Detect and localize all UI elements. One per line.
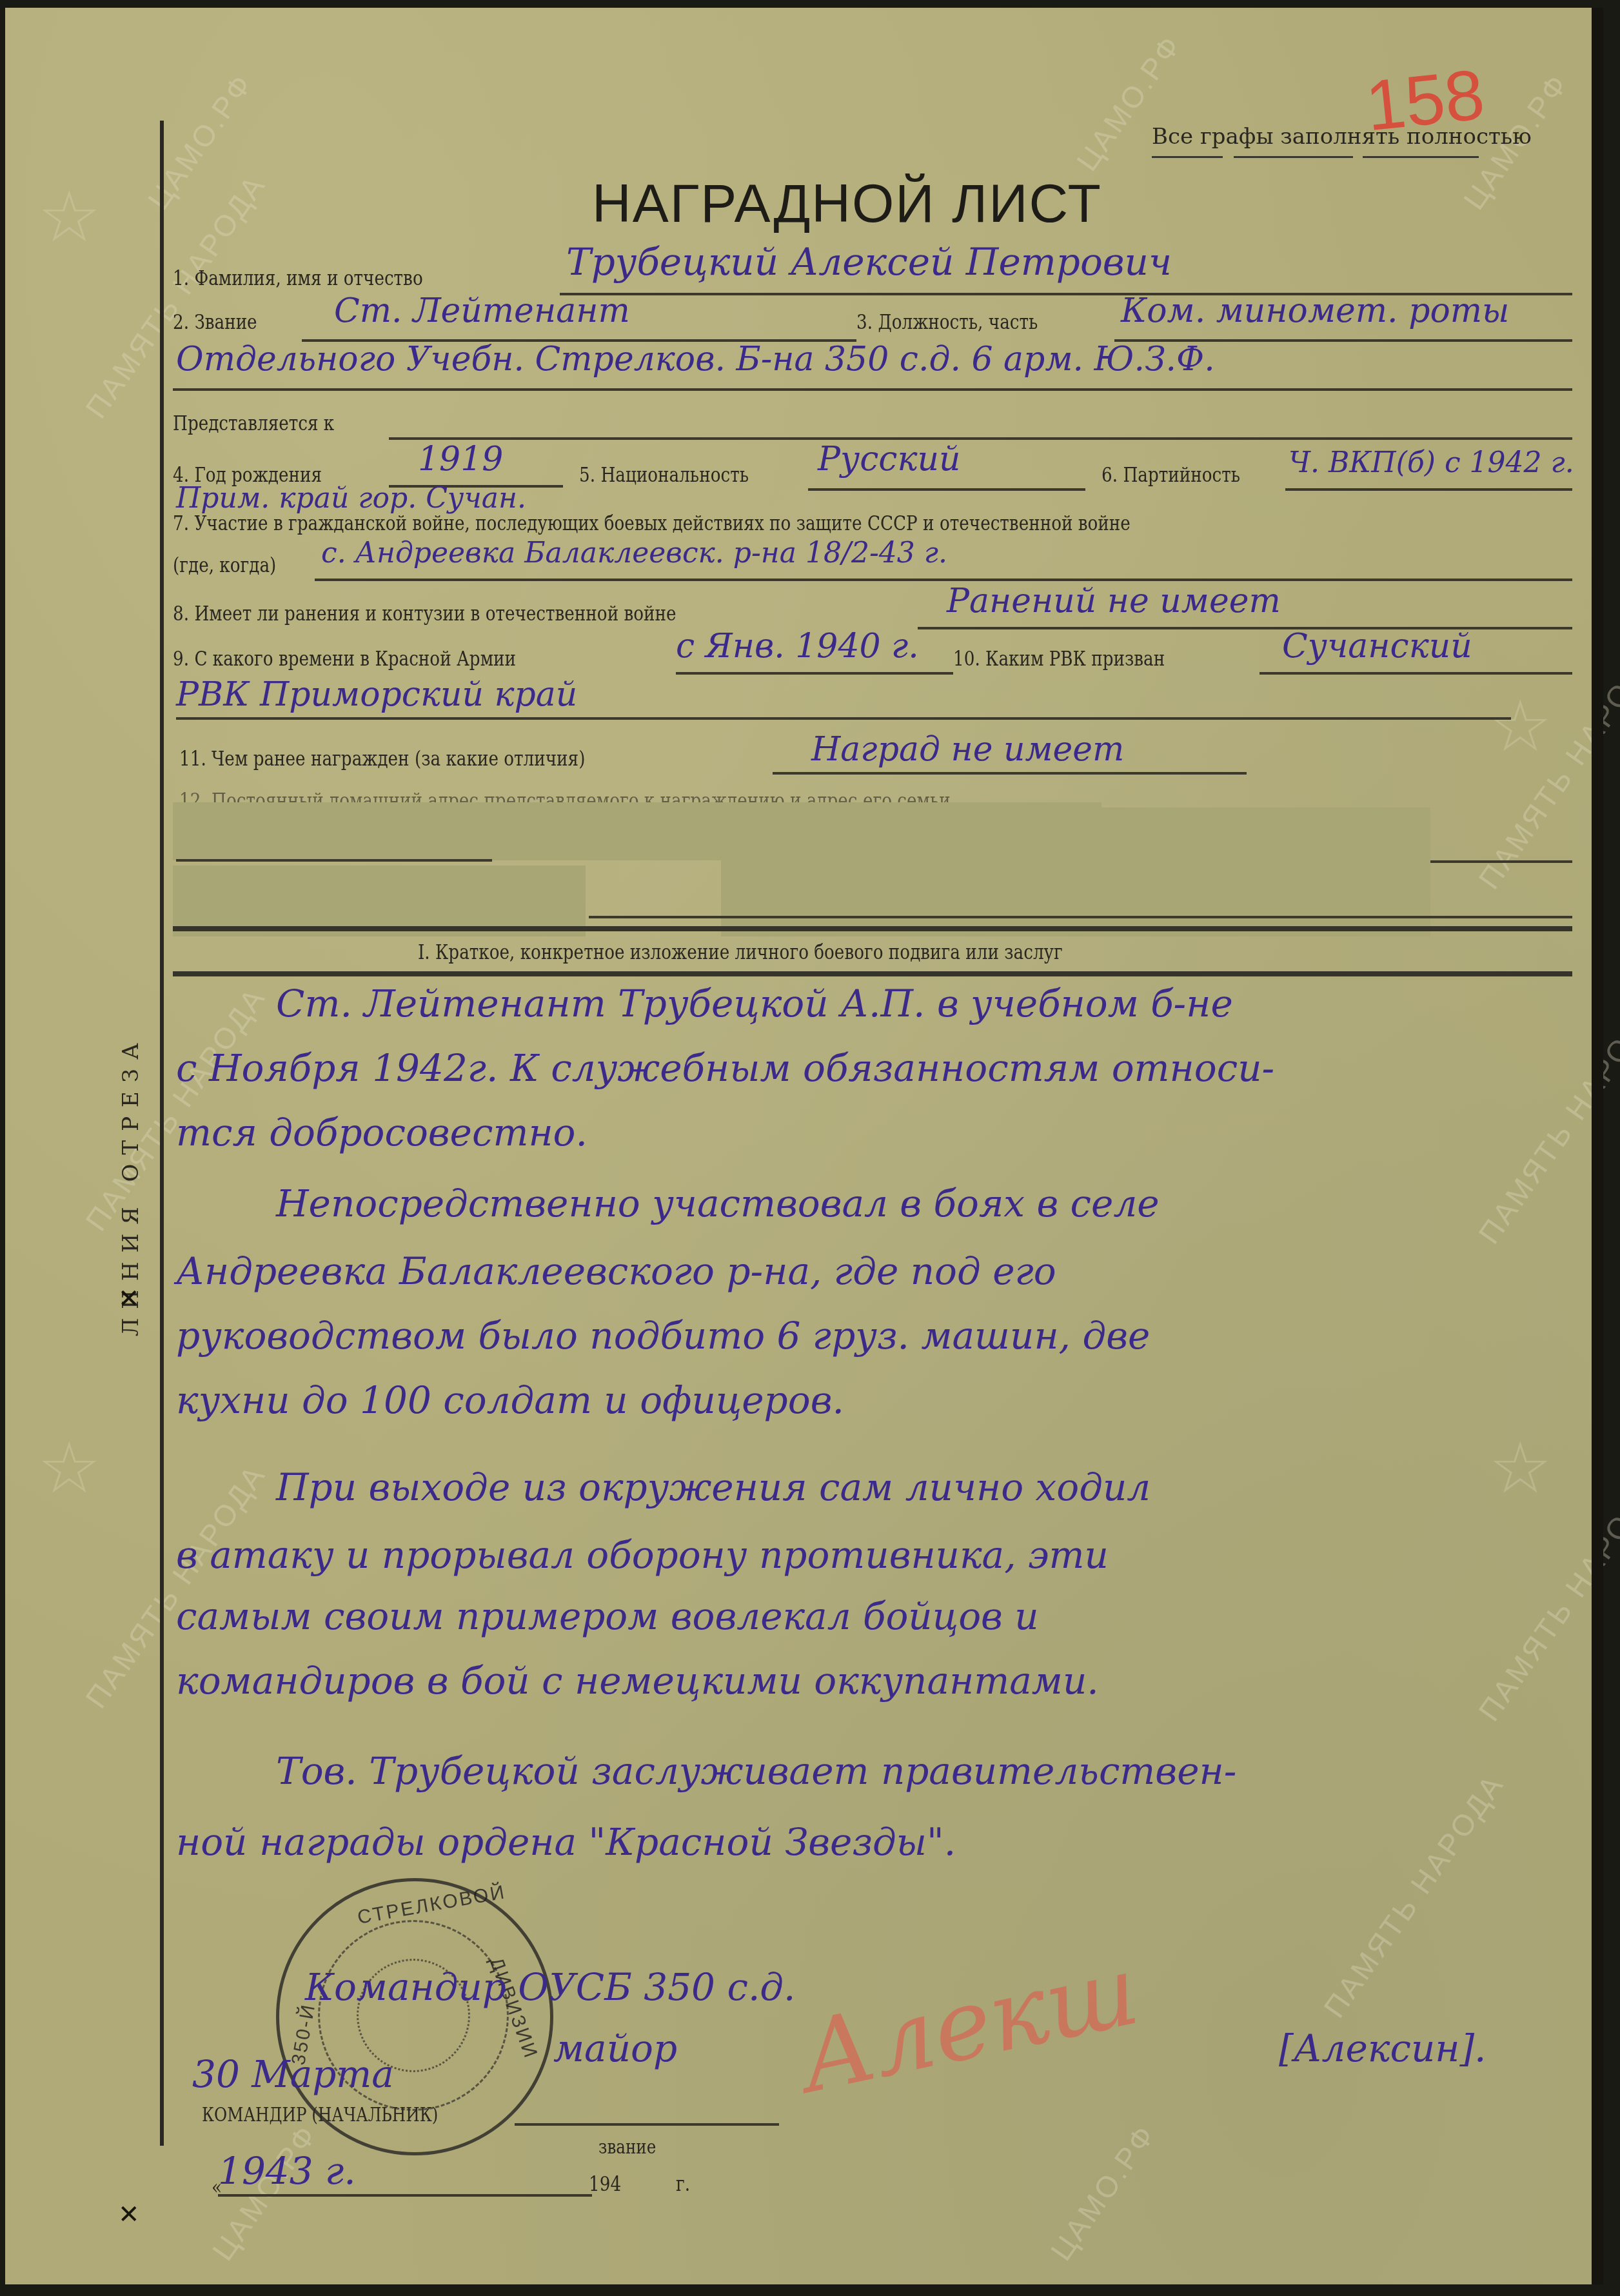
award-sheet-page: ЦАМО.РФ ЦАМО.РФ ЦАМО.РФ ПАМЯТЬ НАРОДА ПА… bbox=[5, 8, 1603, 2284]
star-icon: ☆ bbox=[37, 175, 101, 259]
field-line bbox=[173, 388, 1572, 391]
narrative-line: Непосредственно участвовал в боях в селе bbox=[276, 1182, 1160, 1225]
field-label-nationality: 5. Национальность bbox=[579, 462, 749, 487]
field-line bbox=[918, 627, 1572, 629]
field-line bbox=[1285, 488, 1572, 491]
narrative-line: тся добросовестно. bbox=[176, 1111, 588, 1154]
narrative-line: в атаку и прорывал оборону противника, э… bbox=[176, 1533, 1109, 1577]
field-label-rank: 2. Звание bbox=[173, 310, 257, 334]
field-label-party: 6. Партийность bbox=[1101, 462, 1240, 487]
field-label-position: 3. Должность, часть bbox=[856, 310, 1038, 334]
field-label-name: 1. Фамилия, имя и отчество bbox=[173, 266, 423, 290]
signer-position: Командир ОУСБ 350 с.д. bbox=[305, 1965, 796, 2009]
field-value-army-since: с Янв. 1940 г. bbox=[676, 627, 919, 666]
field-value-rank: Ст. Лейтенант bbox=[334, 292, 630, 330]
signer-name: [Алексин]. bbox=[1279, 2026, 1487, 2070]
underline bbox=[1152, 156, 1223, 158]
star-icon: ☆ bbox=[1488, 1427, 1552, 1510]
margin-rule bbox=[160, 121, 164, 2146]
underline bbox=[1234, 156, 1353, 158]
field-value-birth-year: 1919 bbox=[418, 440, 503, 479]
field-line bbox=[773, 772, 1247, 775]
document-title: НАГРАДНОЙ ЛИСТ bbox=[592, 172, 1102, 235]
watermark: ЦАМО.РФ bbox=[1069, 28, 1189, 177]
section-divider bbox=[173, 971, 1572, 976]
narrative-line: При выходе из окружения сам лично ходил bbox=[276, 1465, 1151, 1509]
field-line bbox=[315, 579, 1572, 581]
narrative-line: Ст. Лейтенант Трубецкой А.П. в учебном б… bbox=[276, 982, 1233, 1025]
narrative-line: командиров в бой с немецкими оккупантами… bbox=[176, 1659, 1099, 1703]
underline bbox=[1363, 156, 1479, 158]
punch-hole-icon: ✕ bbox=[118, 2207, 133, 2222]
narrative-line: Андреевка Балаклеевского р-на, где под е… bbox=[176, 1249, 1056, 1293]
field-value-rvk: Сучанский bbox=[1282, 627, 1472, 666]
field-value-rvk-cont: РВК Приморский край bbox=[176, 675, 577, 714]
field-value-previous-awards: Наград не имеет bbox=[811, 730, 1124, 769]
field-label-rvk: 10. Каким РВК призван bbox=[953, 646, 1165, 671]
instruction-text: Все графы заполнять полностью bbox=[1152, 124, 1532, 150]
narrative-line: руководством было подбито 6 груз. машин,… bbox=[176, 1314, 1150, 1358]
date-line bbox=[218, 2194, 592, 2197]
field-label-participation: 7. Участие в гражданской войне, последую… bbox=[173, 511, 1131, 535]
watermark: ЦАМО.РФ bbox=[1043, 2117, 1163, 2266]
field-line bbox=[1430, 860, 1572, 863]
date-year-handwritten: 1943 г. bbox=[218, 2149, 356, 2193]
field-line bbox=[176, 859, 492, 862]
field-line bbox=[389, 437, 1572, 440]
date-year-print: 194 bbox=[589, 2172, 621, 2196]
section-heading: I. Краткое, конкретное изложение личного… bbox=[418, 940, 1063, 964]
signer-rank: майор bbox=[553, 2026, 677, 2070]
narrative-line: ной награды ордена "Красной Звезды". bbox=[176, 1820, 956, 1864]
star-icon: ☆ bbox=[37, 1427, 101, 1510]
field-value-birth-place: Прим. край гор. Сучан. bbox=[176, 482, 526, 515]
field-label-previous-awards: 11. Чем ранее награжден (за какие отличи… bbox=[179, 746, 585, 771]
narrative-line: кухни до 100 солдат и офицеров. bbox=[176, 1378, 844, 1422]
punch-hole-icon: ✕ bbox=[118, 1291, 133, 1307]
section-divider bbox=[173, 926, 1572, 931]
rank-label: звание bbox=[598, 2136, 656, 2159]
field-value-wounds: Ранений не имеет bbox=[947, 582, 1281, 620]
field-value-nationality: Русский bbox=[818, 440, 960, 479]
date-day-handwritten: 30 Марта bbox=[192, 2052, 394, 2096]
narrative-line: с Ноября 1942г. К служебным обязанностям… bbox=[176, 1046, 1274, 1090]
field-value-position-cont: Отдельного Учебн. Стрелков. Б-на 350 с.д… bbox=[176, 340, 1215, 379]
page-edge bbox=[1592, 8, 1603, 2284]
field-line bbox=[1259, 672, 1572, 675]
signature-line bbox=[515, 2123, 779, 2126]
field-label-wounds: 8. Имеет ли ранения и контузии в отечест… bbox=[173, 601, 677, 626]
field-value-party: Ч. ВКП(б) с 1942 г. bbox=[1289, 446, 1574, 479]
commander-label: КОМАНДИР (НАЧАЛЬНИК) bbox=[202, 2104, 438, 2126]
narrative-line: Тов. Трубецкой заслуживает правительстве… bbox=[276, 1749, 1236, 1793]
field-line bbox=[676, 672, 953, 675]
field-line bbox=[589, 916, 1572, 918]
field-line bbox=[808, 488, 1085, 491]
field-value-position: Ком. миномет. роты bbox=[1121, 292, 1509, 330]
field-label-presented-to: Представляется к bbox=[173, 411, 334, 435]
field-value-participation: с. Андреевка Балаклеевск. р-на 18/2-43 г… bbox=[321, 537, 947, 569]
narrative-line: самым своим примером вовлекал бойцов и bbox=[176, 1594, 1039, 1638]
field-label-where-when: (где, когда) bbox=[173, 553, 276, 577]
watermark: ПАМЯТЬ НАРОДА bbox=[79, 980, 273, 1237]
date-year-suffix: г. bbox=[676, 2172, 690, 2196]
watermark: ПАМЯТЬ НАРОДА bbox=[1317, 1767, 1512, 2024]
field-value-name: Трубецкий Алексей Петрович bbox=[566, 240, 1172, 284]
field-line bbox=[176, 717, 1511, 720]
star-icon: ☆ bbox=[1488, 685, 1552, 768]
field-label-army-since: 9. С какого времени в Красной Армии bbox=[173, 646, 516, 671]
red-signature: Алекш bbox=[791, 1934, 1148, 2115]
